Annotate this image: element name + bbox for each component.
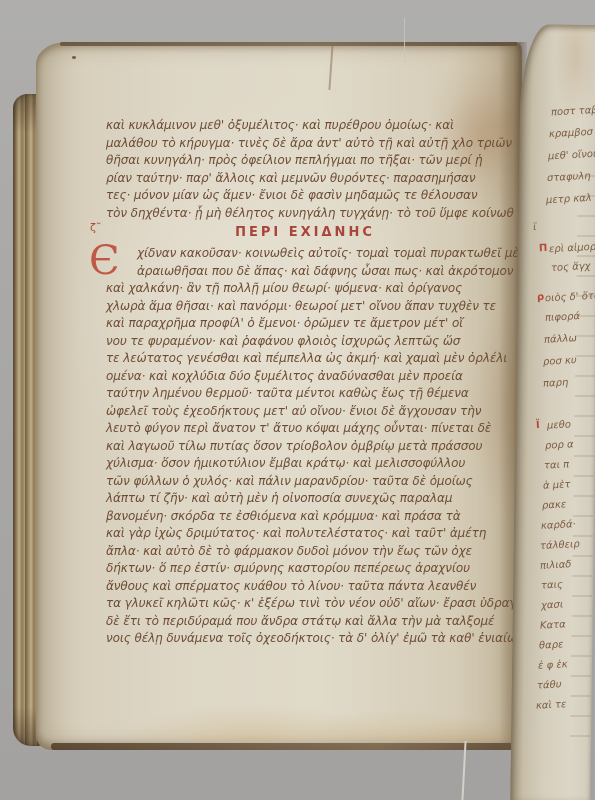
chapter-heading: ΠΕΡΙ ΕΧΙΔΝΗϹ — [235, 225, 375, 240]
text-line: ταύτην λημένου θερμοῦ· ταῦτα μέντοι καθὼ… — [106, 385, 504, 403]
marginal-text-fragment: ρ — [537, 292, 545, 303]
marginal-text-fragment: σταφυλη — [547, 171, 591, 184]
text-line: ομένα· καὶ κοχλύδια δύο ξυμέλιτος ἀναδύν… — [106, 368, 504, 386]
text-line: καὶ χαλκάνη· ἂν τῇ πολλῇ μίου θεωρί· ψόμ… — [106, 280, 504, 298]
pre-heading-lines: καὶ κυκλάμινον μεθ' ὀξυμέλιτος· καὶ πυρέ… — [106, 117, 504, 222]
marginal-chapter-number: ζ῀ — [90, 217, 101, 238]
marginal-text-fragment: χασι — [541, 599, 564, 611]
marginal-text-fragment: Π — [539, 243, 548, 254]
text-line: χλωρὰ ἅμα θῆσαι· καὶ πανόρμι· θεωροί μετ… — [106, 298, 504, 316]
marginal-text-fragment: κραμβοσ — [549, 127, 594, 140]
text-line: καὶ λαγωοῦ τίλω πυτίας ὅσον τρίοβολον ὀμ… — [106, 438, 504, 456]
text-line: καὶ γὰρ ἰχὼς δριμύτατος· καὶ πολυτελέστα… — [106, 525, 504, 543]
text-line: τῶν φύλλων ὁ χυλός· καὶ πάλιν μαρανδρίου… — [106, 473, 504, 491]
marginal-text-fragment: καὶ τε — [536, 699, 567, 712]
marginal-text-fragment: ται π — [544, 459, 570, 471]
marginal-text-fragment: Ϊ — [536, 420, 540, 431]
greek-text-block: καὶ κυκλάμινον μεθ' ὀξυμέλιτος· καὶ πυρέ… — [106, 117, 504, 648]
marginal-text-fragment: μεθο — [547, 419, 572, 431]
marginal-text-fragment: Κατα — [540, 619, 566, 631]
paragraph-lines: χίδναν κακοῦσαν· κοινωθεὶς αὐτοῖς· τομαὶ… — [106, 245, 504, 648]
text-line: ἀραιωθῆσαι που δὲ ἅπας· καὶ δάφνης ὦσαι … — [106, 263, 504, 281]
rubricated-initial: Є — [89, 240, 120, 282]
text-line: χύλισμα· ὅσον ἡμικοτύλιον ἔμβαι κράτῳ· κ… — [106, 455, 504, 473]
marginal-text-fragment: ρορ α — [545, 439, 574, 451]
loose-thread-top — [404, 18, 405, 62]
marginal-text-fragment: καρδά· — [541, 519, 576, 532]
text-line: νοις θέλῃ δυνάμενα τοῖς ὀχεοδήκτοις· τὰ … — [106, 630, 504, 648]
facing-page-text-fragments: ποστ ταβεκραμβοσμεθ' οἴνουσταφυλημετρ κα… — [521, 0, 595, 800]
marginal-text-fragment: πιλιαδ — [540, 559, 572, 572]
marginal-text-fragment: τος ἅγχ — [551, 261, 591, 274]
text-line: τα γλυκεῖ κηλῶτι κῶς· κ' ἑξέρω τινὶ τὸν … — [106, 595, 504, 613]
marginal-text-fragment: τάθυ — [537, 679, 562, 691]
marginal-text-fragment: ερὶ αἱμορ — [549, 242, 595, 255]
text-line: τὸν δηχθέντα· ᾗ μὴ θέλητος κυνηγάλη τυγχ… — [106, 205, 504, 223]
text-line: λάπτω τί ζῆν· καὶ αὐτὴ μὲν ἡ οἰνοποσία σ… — [106, 490, 504, 508]
text-line: δὲ ἔτι τὸ περιδύραμά που ἄνδρα στάτῳ καὶ… — [106, 613, 504, 631]
text-line: καὶ κυκλάμινον μεθ' ὀξυμέλιτος· καὶ πυρέ… — [106, 117, 504, 135]
text-line: τε λεώτατος γενέσθαι καὶ πέμπελλα ὡς ἀκμ… — [106, 350, 504, 368]
marginal-text-fragment: τάλθειρ — [540, 539, 580, 552]
text-line: νου τε φυραμένον· καὶ ῥαφάνου φλοιὸς ἰσχ… — [106, 333, 504, 351]
water-stain — [126, 679, 526, 741]
marginal-text-fragment: μεθ' οἴνου — [548, 149, 595, 163]
text-line: ρίαν ταύτην· παρ' ἄλλοις καὶ μεμνῶν θυρό… — [106, 170, 504, 188]
marginal-text-fragment: οιὸς δ' ὅτι — [545, 291, 595, 305]
text-line: ἄνθους καὶ σπέρματος κυάθου τὸ λίνου· τα… — [106, 578, 504, 596]
manuscript-photo: καὶ κυκλάμινον μεθ' ὀξυμέλιτος· καὶ πυρέ… — [0, 0, 595, 800]
text-line: λευτὸ φύγον περὶ ἄνατον τ' ἄτυο κόψαι μά… — [106, 420, 504, 438]
marginal-text-fragment: ἐ φ ἑκ — [538, 659, 568, 672]
text-line: δήκτων· ὅ περ ἐστίν· σμύρνης καστορίου π… — [106, 560, 504, 578]
ink-speck — [72, 56, 76, 59]
marginal-text-fragment: πάλλω — [544, 333, 577, 346]
marginal-text-fragment: ροσ κυ — [543, 355, 577, 368]
marginal-text-fragment: μετρ καλ — [546, 193, 592, 206]
chapter-heading-row: ζ῀ ΠΕΡΙ ΕΧΙΔΝΗϹ — [106, 222, 504, 243]
marginal-text-fragment: παρη — [543, 377, 569, 389]
text-line: χίδναν κακοῦσαν· κοινωθεὶς αὐτοῖς· τομαὶ… — [106, 245, 504, 263]
marginal-text-fragment: ρακε — [542, 499, 567, 511]
text-line: βανομένη· σκόρδα τε ἐσθιόμενα καὶ κρόμμυ… — [106, 508, 504, 526]
page-edge-crack — [328, 44, 333, 90]
text-line: καὶ παραχρῆμα προφίλ' ὁ ἔμενοι· ὁρῶμεν τ… — [106, 315, 504, 333]
marginal-text-fragment: ταις — [541, 579, 563, 591]
marginal-text-fragment: ποστ ταβε — [551, 105, 595, 119]
chapter-paragraph: Є χίδναν κακοῦσαν· κοινωθεὶς αὐτοῖς· τομ… — [106, 245, 504, 648]
text-line: ἄπλα· καὶ αὐτὸ δὲ τὸ φάρμακον δυδοὶ μόνο… — [106, 543, 504, 561]
marginal-text-fragment: θαρε — [539, 639, 564, 651]
marginal-text-fragment: ϊ — [533, 222, 537, 233]
marginal-text-fragment: πιφορά — [545, 311, 581, 324]
marginal-text-fragment: ἁ μὲτ — [543, 479, 571, 491]
text-line: θῆσαι κυνηγάλη· πρὸς ὀφείλιον πεπλήγμαι … — [106, 152, 504, 170]
text-line: τες· μόνον μίαν ὡς ἅμεν· ἔνιοι δὲ φασὶν … — [106, 187, 504, 205]
text-line: ὠφελεῖ τοὺς ἐχεοδήκτους μετ' αὐ οἴνου· ἔ… — [106, 403, 504, 421]
text-line: μαλάθου τὸ κήρυγμα· τινὲς δὲ ἄρα ἀντ' αὐ… — [106, 135, 504, 153]
